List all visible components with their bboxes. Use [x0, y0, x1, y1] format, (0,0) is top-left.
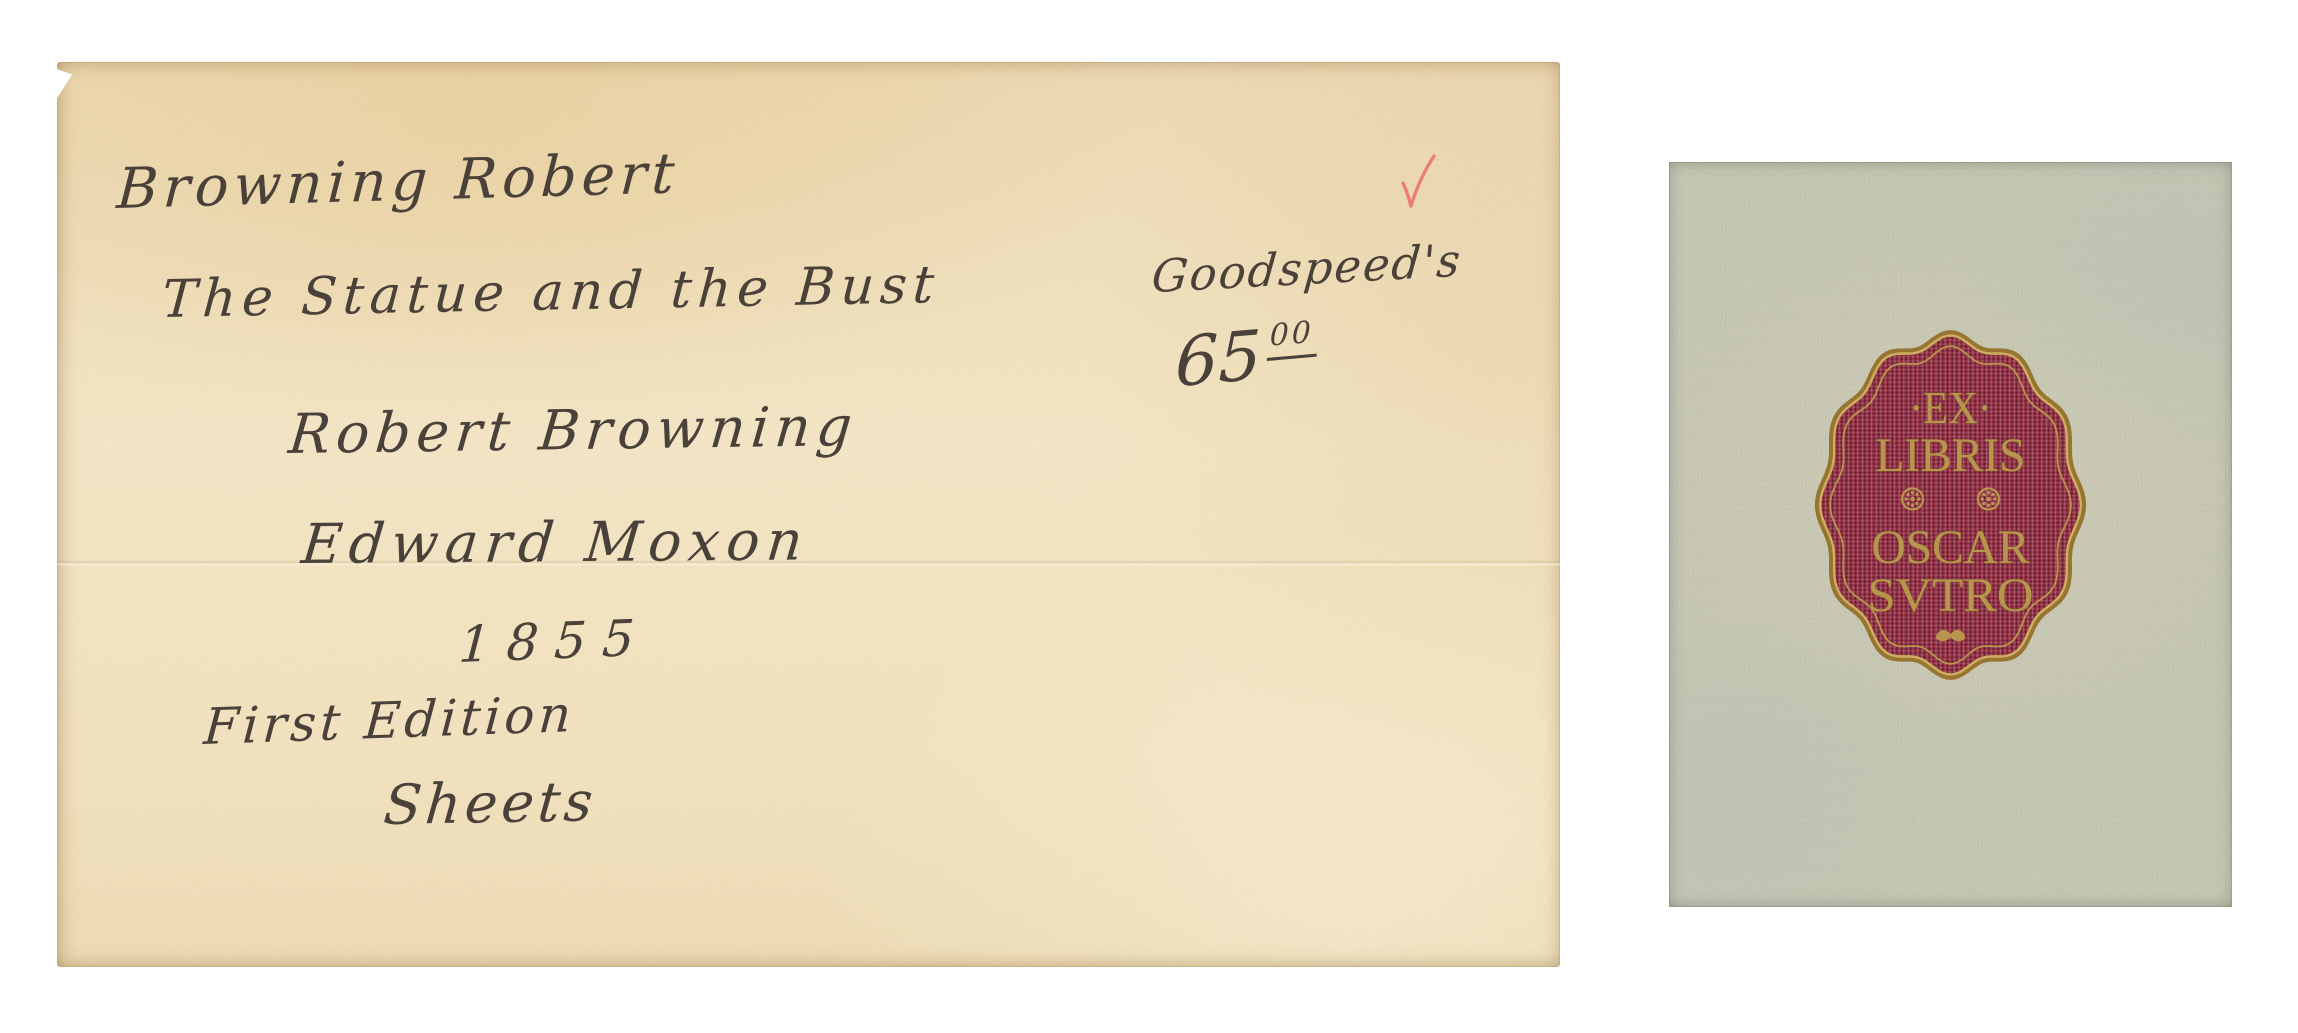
- corner-chip: [54, 68, 72, 98]
- exlibris-line-ex: ·EX·: [1910, 382, 1992, 433]
- rosette-icon: [1978, 489, 1999, 510]
- card-line-year: 1855: [457, 613, 651, 671]
- fold-crease: [57, 560, 1560, 566]
- card-line-title: The Statue and the Bust: [160, 259, 941, 326]
- price-note: 6500: [1175, 318, 1312, 398]
- card-line-publisher: Edward Moxon: [299, 513, 812, 572]
- rosette-icon: [1902, 489, 1923, 510]
- card-line-format: Sheets: [382, 774, 599, 833]
- scan-background: Browning Robert The Statue and the Bust …: [0, 0, 2298, 1033]
- card-line-author: Robert Browning: [286, 399, 860, 462]
- catalog-card: Browning Robert The Statue and the Bust …: [57, 62, 1560, 967]
- check-icon: [1395, 152, 1441, 214]
- exlibris-line-libris: LIBRIS: [1876, 429, 2026, 482]
- dealer-note: Goodspeed's: [1150, 238, 1464, 300]
- bookplate: ·EX· LIBRIS OSCAR SVTRO: [1669, 162, 2232, 907]
- price-cents: 00: [1266, 314, 1317, 361]
- exlibris-medallion: ·EX· LIBRIS OSCAR SVTRO: [1809, 327, 2092, 683]
- exlibris-line-svtro: SVTRO: [1868, 569, 2034, 622]
- card-line-edition: First Edition: [202, 689, 576, 752]
- price-dollars: 65: [1175, 316, 1263, 403]
- exlibris-line-oscar: OSCAR: [1872, 521, 2030, 574]
- card-line-author-heading: Browning Robert: [115, 146, 681, 218]
